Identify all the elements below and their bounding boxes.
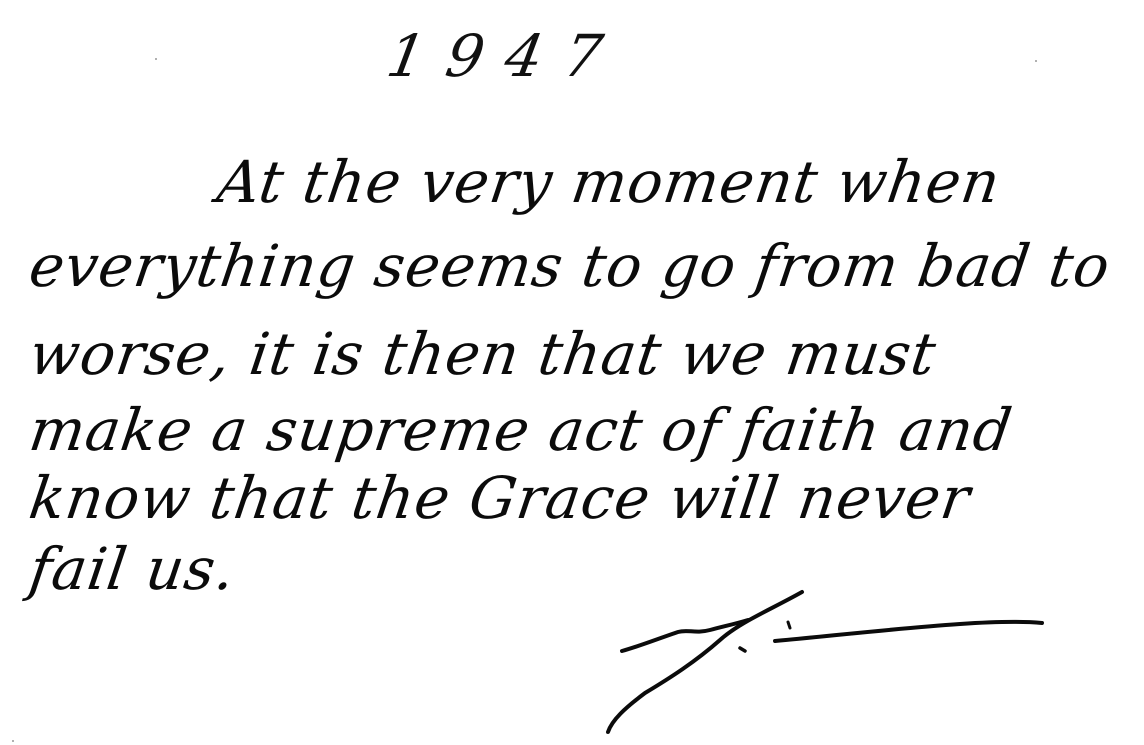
text-line-3: worse, it is then that we must bbox=[25, 320, 940, 388]
signature-mark bbox=[600, 580, 1100, 745]
text-line-4: make a supreme act of faith and bbox=[25, 396, 1017, 464]
year-heading: 1947 bbox=[382, 22, 630, 90]
text-line-2: everything seems to go from bad to bbox=[25, 232, 1114, 300]
paper-speck bbox=[1035, 60, 1037, 62]
text-line-5: know that the Grace will never bbox=[25, 464, 975, 532]
text-line-1: At the very moment when bbox=[213, 148, 1005, 216]
paper-speck bbox=[155, 58, 157, 60]
paper-page: 1947 At the very moment when everything … bbox=[0, 0, 1144, 745]
text-line-6: fail us. bbox=[25, 535, 240, 603]
paper-speck bbox=[12, 740, 14, 742]
